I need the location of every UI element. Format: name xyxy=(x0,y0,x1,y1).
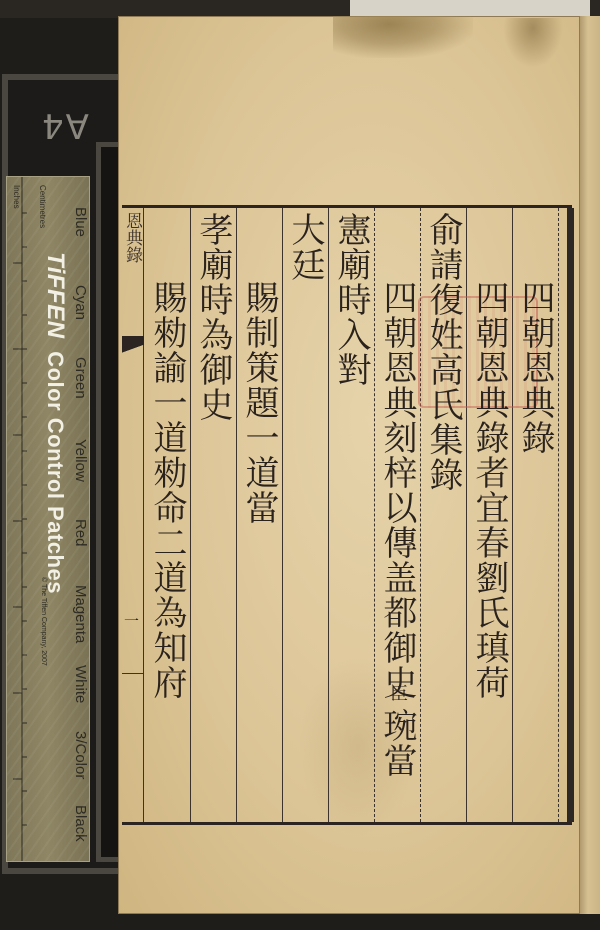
strip-title: TiFFEN Color Control Patches xyxy=(41,252,69,594)
color-label: 3/Color xyxy=(67,731,89,805)
frame-label: A4 xyxy=(40,105,89,145)
color-label: Yellow xyxy=(67,439,89,519)
text-column: 琬當 xyxy=(380,708,414,778)
color-label: Blue xyxy=(67,207,89,285)
book-page: 恩典錄 一 四朝恩典錄 四朝恩典錄者宜春劉氏瑱荷 俞請復姓高氏集錄 四朝恩典刻梓… xyxy=(118,16,580,914)
text-column: 憲廟時入對 xyxy=(334,212,368,387)
color-control-strip: Blue Cyan Green Yellow Red Magenta White… xyxy=(6,176,90,862)
page-damage xyxy=(333,16,473,58)
text-column: 大廷 xyxy=(288,212,322,282)
color-label: Cyan xyxy=(67,285,89,357)
column-rule xyxy=(236,208,237,822)
color-label: Green xyxy=(67,357,89,439)
brand-logo: TiFFEN xyxy=(42,252,69,339)
column-rule xyxy=(282,208,283,822)
column-rule xyxy=(190,208,191,822)
outer-border-rule xyxy=(567,208,574,822)
text-column: 四朝恩典刻梓以傳盖都御史 xyxy=(380,280,414,700)
printed-block: 恩典錄 一 四朝恩典錄 四朝恩典錄者宜春劉氏瑱荷 俞請復姓高氏集錄 四朝恩典刻梓… xyxy=(122,205,572,825)
text-column: 孝廟時為御史 xyxy=(196,212,230,422)
banxin-title: 恩典錄 xyxy=(123,212,140,263)
column-rule xyxy=(558,208,559,822)
ruler-scale xyxy=(7,177,35,862)
text-column: 賜勑諭一道勑命二道為知府 xyxy=(150,280,184,700)
banxin-page-number: 一 xyxy=(124,610,139,631)
page-damage xyxy=(503,18,563,68)
copyright-text: © The Tiffen Company, 2007 xyxy=(40,577,47,666)
text-column: 賜制策題一道當 xyxy=(242,280,276,525)
color-label: Red xyxy=(67,519,89,585)
scale-label-cm: Centimetres xyxy=(38,185,47,228)
fishtail-mark-icon xyxy=(122,336,144,358)
text-column-note: 臣 xyxy=(388,684,406,703)
column-rule xyxy=(328,208,329,822)
banxin-rule xyxy=(122,673,144,674)
text-column-title: 四朝恩典錄 xyxy=(518,280,552,455)
text-column: 俞請復姓高氏集錄 xyxy=(426,212,460,492)
product-name: Color Control Patches xyxy=(43,351,68,594)
column-rule xyxy=(374,208,375,822)
color-label: Magenta xyxy=(67,585,89,665)
color-label: Black xyxy=(67,805,89,862)
backdrop-inner-frame xyxy=(96,142,120,862)
fold-center-column: 恩典錄 一 xyxy=(122,208,144,822)
text-column: 四朝恩典錄者宜春劉氏瑱荷 xyxy=(472,280,506,700)
color-name-list: Blue Cyan Green Yellow Red Magenta White… xyxy=(67,207,89,862)
next-page-edge xyxy=(580,16,600,914)
ruler-content: Blue Cyan Green Yellow Red Magenta White… xyxy=(7,177,90,862)
color-label: White xyxy=(67,665,89,731)
